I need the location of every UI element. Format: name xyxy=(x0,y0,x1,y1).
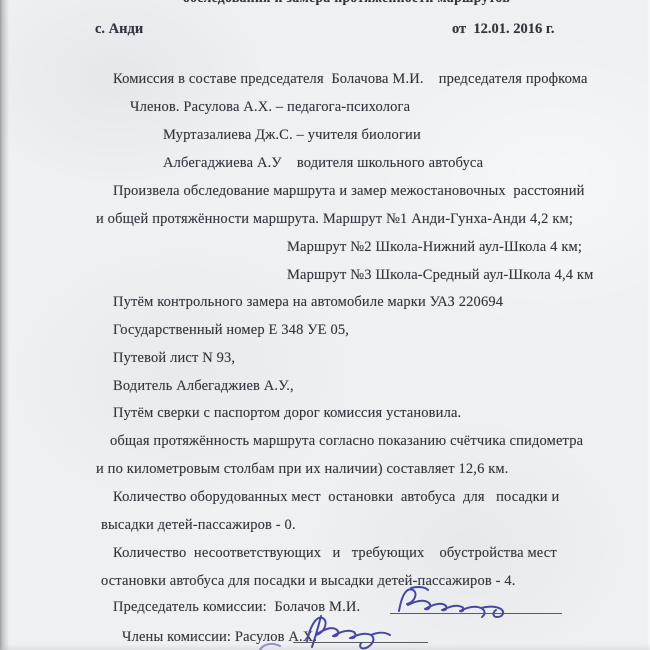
document-line: Количество несоответствующих и требующих… xyxy=(113,544,557,562)
document-line: Албегаджиева А.У водителя школьного авто… xyxy=(163,154,483,172)
document-line: Государственный номер Е 348 УЕ 05, xyxy=(113,321,349,339)
document-line: Произвела обследование маршрута и замер … xyxy=(113,182,585,200)
document-line: Маршрут №3 Школа-Средный аул-Школа 4,4 к… xyxy=(287,266,593,284)
document-line: Путём сверки с паспортом дорог комиссия … xyxy=(113,404,461,422)
document-line: Членов. Расулова А.Х. – педагога-психоло… xyxy=(130,98,410,116)
document-line: Члены комиссии: Расулов А.Х. xyxy=(122,628,317,646)
document-line: Муртазалиева Дж.С. – учителя биологии xyxy=(163,126,421,144)
document-line: общая протяжённость маршрута согласно по… xyxy=(110,432,583,450)
document-line: высадки детей-пассажиров - 0. xyxy=(101,516,296,534)
partial-signature-mark xyxy=(258,641,284,650)
document-line: и общей протяжённости маршрута. Маршрут … xyxy=(96,210,573,228)
document-line: и по километровым столбам при их наличии… xyxy=(96,460,509,478)
scan-edge-left xyxy=(0,0,9,650)
document-line: Путевой лист N 93, xyxy=(113,349,235,367)
scanned-document: обследования и замера протяжённости марш… xyxy=(0,0,650,650)
document-line: Количество оборудованных мест остановки … xyxy=(113,488,559,506)
place-label: с. Анди xyxy=(95,21,143,38)
date-label: от 12.01. 2016 г. xyxy=(452,21,555,38)
document-line: Путём контрольного замера на автомобиле … xyxy=(113,293,503,311)
member-signature xyxy=(299,610,439,650)
document-line: Маршрут №2 Школа-Нижний аул-Школа 4 км; xyxy=(287,238,582,256)
document-line: Водитель Албегаджиев А.У., xyxy=(113,377,294,395)
document-title-partial: обследования и замера протяжённости марш… xyxy=(183,0,510,6)
document-line: Комиссия в составе председателя Болачова… xyxy=(113,70,588,88)
